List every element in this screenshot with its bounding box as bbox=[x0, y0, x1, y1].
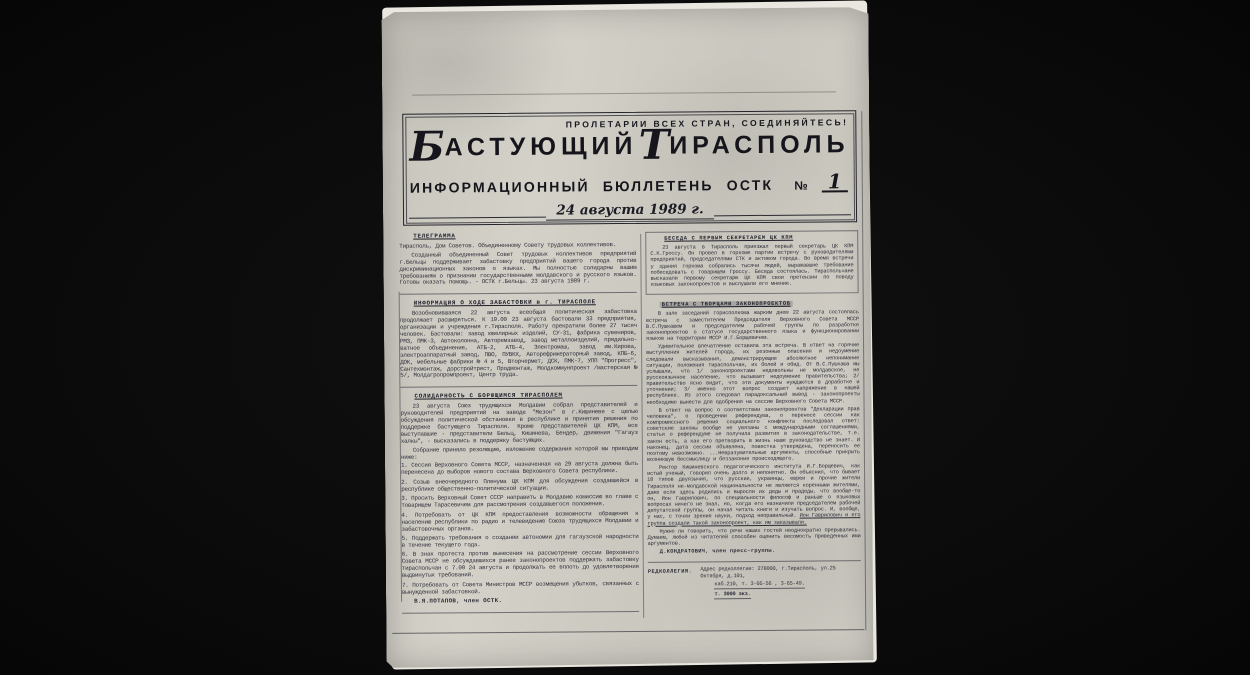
resolution-item-2: 2. Созыв внеочередного Пленума ЦК КПМ дл… bbox=[401, 478, 638, 494]
section-heading-grossu-talk: БЕСЕДА С ПЕРВЫМ СЕКРЕТАРЕМ ЦК КПМ bbox=[664, 234, 853, 242]
top-faint-rule bbox=[412, 91, 836, 95]
section-heading-solidarity: СОЛИДАРНОСТЬ С БОРЮЩИМСЯ ТИРАСПОЛЕМ bbox=[414, 392, 637, 401]
address-line-1: Адрес редколлегии: 278000, г.Тирасполь, … bbox=[700, 566, 861, 580]
resolution-item-5: 5. Поддержать требования о создании авто… bbox=[402, 534, 639, 550]
title-word-2: ИРАСПОЛЬ bbox=[669, 132, 849, 158]
right-column: БЕСЕДА С ПЕРВЫМ СЕКРЕТАРЕМ ЦК КПМ 23 авг… bbox=[645, 230, 864, 618]
signature-potapov: В.Я.ПОТАПОВ, член ОСТК. bbox=[402, 597, 639, 606]
page-columns: ТЕЛЕГРАММА Тирасполь, Дом Советов. Объед… bbox=[399, 230, 864, 620]
resolution-item-3: 3. Просить Верховный Совет СССР направит… bbox=[401, 494, 638, 510]
telegram-body: Созданный объединенный Совет трудовых ко… bbox=[399, 251, 636, 287]
masthead-dateline: 24 августа 1989 г. bbox=[409, 200, 851, 221]
left-column: ТЕЛЕГРАММА Тирасполь, Дом Советов. Объед… bbox=[399, 232, 639, 620]
section-heading-lawmakers-meeting: ВСТРЕЧА С ТВОРЦАМИ ЗАКОНОПРОЕКТОВ bbox=[660, 301, 793, 308]
dateline-rule-left bbox=[409, 216, 546, 218]
resolution-item-7: 7. Потребовать от Совета Министров МССР … bbox=[402, 581, 639, 597]
editorial-address: Адрес редколлегии: 278000, г.Тирасполь, … bbox=[700, 566, 861, 602]
section-telegram: ТЕЛЕГРАММА Тирасполь, Дом Советов. Объед… bbox=[399, 232, 636, 295]
masthead-box: ПРОЛЕТАРИИ ВСЕХ СТРАН, СОЕДИНЯЙТЕСЬ! Б А… bbox=[402, 110, 857, 226]
address-line-2: каб.210, т. 3-05-56 , 3-65-49. bbox=[714, 580, 804, 589]
photo-background: ПРОЛЕТАРИИ ВСЕХ СТРАН, СОЕДИНЯЙТЕСЬ! Б А… bbox=[0, 0, 1250, 675]
signature-kondratovich: Д.КОНДРАТОВИЧ, член пресс-группы. bbox=[648, 547, 861, 555]
section-heading-telegram: ТЕЛЕГРАММА bbox=[413, 232, 636, 241]
resolution-item-1: 1. Сессия Верховного Совета МССР, назнач… bbox=[401, 461, 638, 477]
lawmakers-paragraph-4: Ректор Кишиневского педагогического инст… bbox=[647, 463, 860, 526]
editorial-footer: РЕДКОЛЛЕГИЯ. Адрес редколлегии: 278000, … bbox=[648, 561, 861, 602]
section-lawmakers-meeting: ВСТРЕЧА С ТВОРЦАМИ ЗАКОНОПРОЕКТОВ В зале… bbox=[646, 300, 861, 555]
resolution-item-6: 6. В знак протеста против вынесения на р… bbox=[402, 550, 639, 579]
title-word-1: АСТУЮЩИЙ bbox=[444, 134, 637, 161]
grossu-talk-body: 23 августа в Тирасполь приезжал первый с… bbox=[650, 243, 853, 288]
dateline-rule-right bbox=[714, 214, 851, 216]
section-heading-strike-info: ИНФОРМАЦИЯ О ХОДЕ ЗАБАСТОВКИ в г. ТИРАСП… bbox=[414, 299, 637, 308]
lawmakers-paragraph-2: Удивительное впечатление оставила эта вс… bbox=[646, 342, 859, 405]
solidarity-paragraph-1: 23 августа Союз трудящихся Молдавии собр… bbox=[401, 402, 638, 445]
bottom-rule bbox=[392, 629, 864, 634]
section-grossu-talk: БЕСЕДА С ПЕРВЫМ СЕКРЕТАРЕМ ЦК КПМ 23 авг… bbox=[645, 230, 858, 295]
title-initial-2: Т bbox=[639, 130, 670, 162]
column-divider-rule bbox=[640, 234, 644, 618]
editorial-board-label: РЕДКОЛЛЕГИЯ. bbox=[648, 569, 693, 602]
section-strike-info: ИНФОРМАЦИЯ О ХОДЕ ЗАБАСТОВКИ в г. ТИРАСП… bbox=[400, 299, 638, 388]
strike-info-body: Возобновившаяся 22 августа всеобщая поли… bbox=[400, 309, 638, 380]
resolution-item-4: 4. Потребовать от ЦК КПМ предоставления … bbox=[401, 511, 638, 534]
issue-number-sign: № bbox=[794, 179, 809, 193]
lawmakers-paragraph-3: В ответ на вопрос о соответствии законоп… bbox=[647, 406, 860, 463]
section-solidarity: СОЛИДАРНОСТЬ С БОРЮЩИМСЯ ТИРАСПОЛЕМ 23 а… bbox=[400, 392, 639, 613]
subtitle-text: ИНФОРМАЦИОННЫЙ БЮЛЛЕТЕНЬ ОСТК bbox=[410, 177, 774, 196]
masthead-subtitle: ИНФОРМАЦИОННЫЙ БЮЛЛЕТЕНЬ ОСТК № 1 bbox=[410, 174, 848, 195]
circulation-note: т. 3000 экз. bbox=[714, 591, 750, 599]
lawmakers-paragraph-1: В зале заседаний горисполкома жарким дне… bbox=[646, 310, 859, 342]
bulletin-page: ПРОЛЕТАРИИ ВСЕХ СТРАН, СОЕДИНЯЙТЕСЬ! Б А… bbox=[381, 7, 873, 668]
lawmakers-closing: Нужно ли говорить, что речи наших гостей… bbox=[648, 527, 861, 547]
issue-number: 1 bbox=[822, 174, 848, 192]
issue-date: 24 августа 1989 г. bbox=[546, 201, 713, 220]
solidarity-paragraph-2: Собрание приняло резолюцию, изложение со… bbox=[401, 446, 638, 462]
title-initial-1: Б bbox=[409, 131, 444, 163]
newspaper-title: Б АСТУЮЩИЙ Т ИРАСПОЛЬ bbox=[409, 125, 849, 160]
